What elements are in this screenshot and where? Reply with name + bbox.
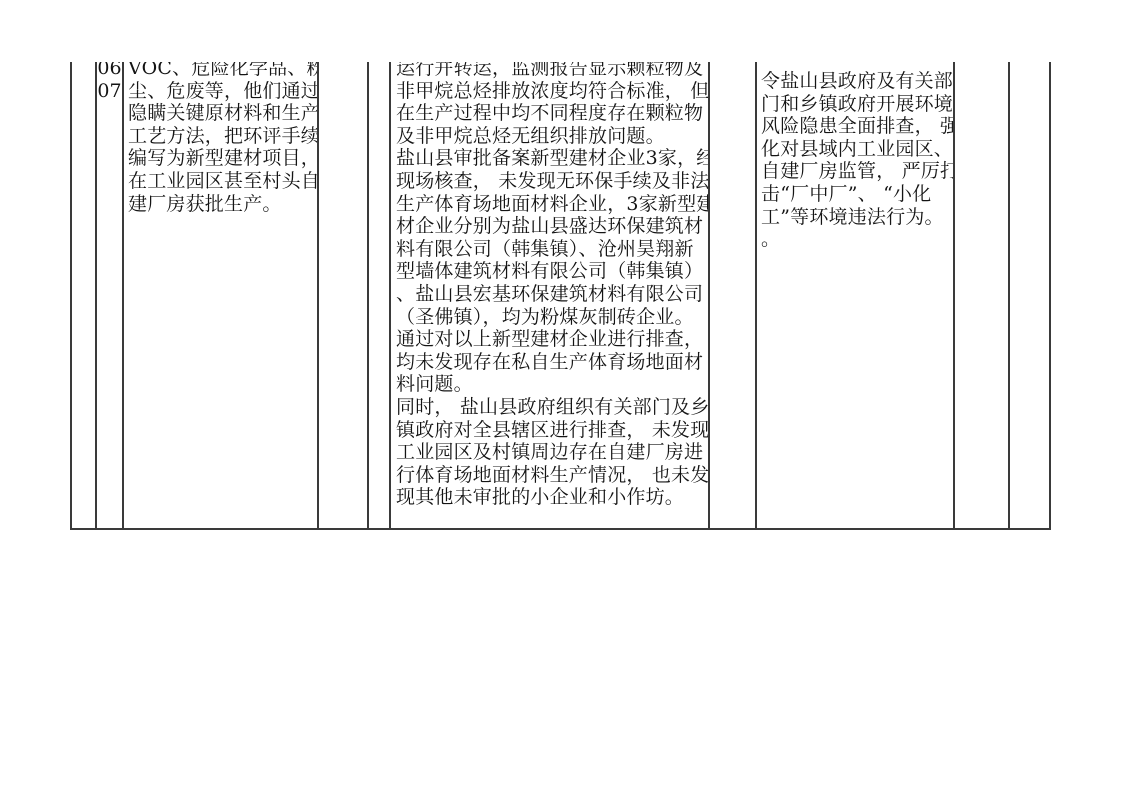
investigation-text: 运行并转运，监测报告显示颗粒物及 非甲烷总烃排放浓度均符合标准， 但 在生产过程… [391,62,708,509]
table-cell-empty-right [1008,62,1051,528]
table-cell-measures: 令盐山县政府及有关部 门和乡镇政府开展环境 风险隐患全面排查， 强 化对县域内工… [755,62,953,528]
measures-text: 令盐山县政府及有关部 门和乡镇政府开展环境 风险隐患全面排查， 强 化对县域内工… [757,62,953,251]
complaint-text: VOC、危险化学品、粉 尘、危废等，他们通过 隐瞒关键原材料和生产 工艺方法，把… [124,62,317,215]
table-cell-serial: 06 07 [95,62,122,528]
document-page: 06 07 VOC、危险化学品、粉 尘、危废等，他们通过 隐瞒关键原材料和生产 … [0,0,1122,793]
table-cell-complaint: VOC、危险化学品、粉 尘、危废等，他们通过 隐瞒关键原材料和生产 工艺方法，把… [122,62,317,528]
table-cell-empty-2 [317,62,367,528]
table-cell-empty-3 [367,62,389,528]
table-cell-investigation: 运行并转运，监测报告显示颗粒物及 非甲烷总烃排放浓度均符合标准， 但 在生产过程… [389,62,708,528]
inspection-table-row: 06 07 VOC、危险化学品、粉 尘、危废等，他们通过 隐瞒关键原材料和生产 … [70,62,1051,530]
table-cell-empty-left [70,62,95,528]
table-cell-empty-4 [708,62,755,528]
table-cell-empty-5 [953,62,1008,528]
serial-number: 06 07 [97,62,122,102]
